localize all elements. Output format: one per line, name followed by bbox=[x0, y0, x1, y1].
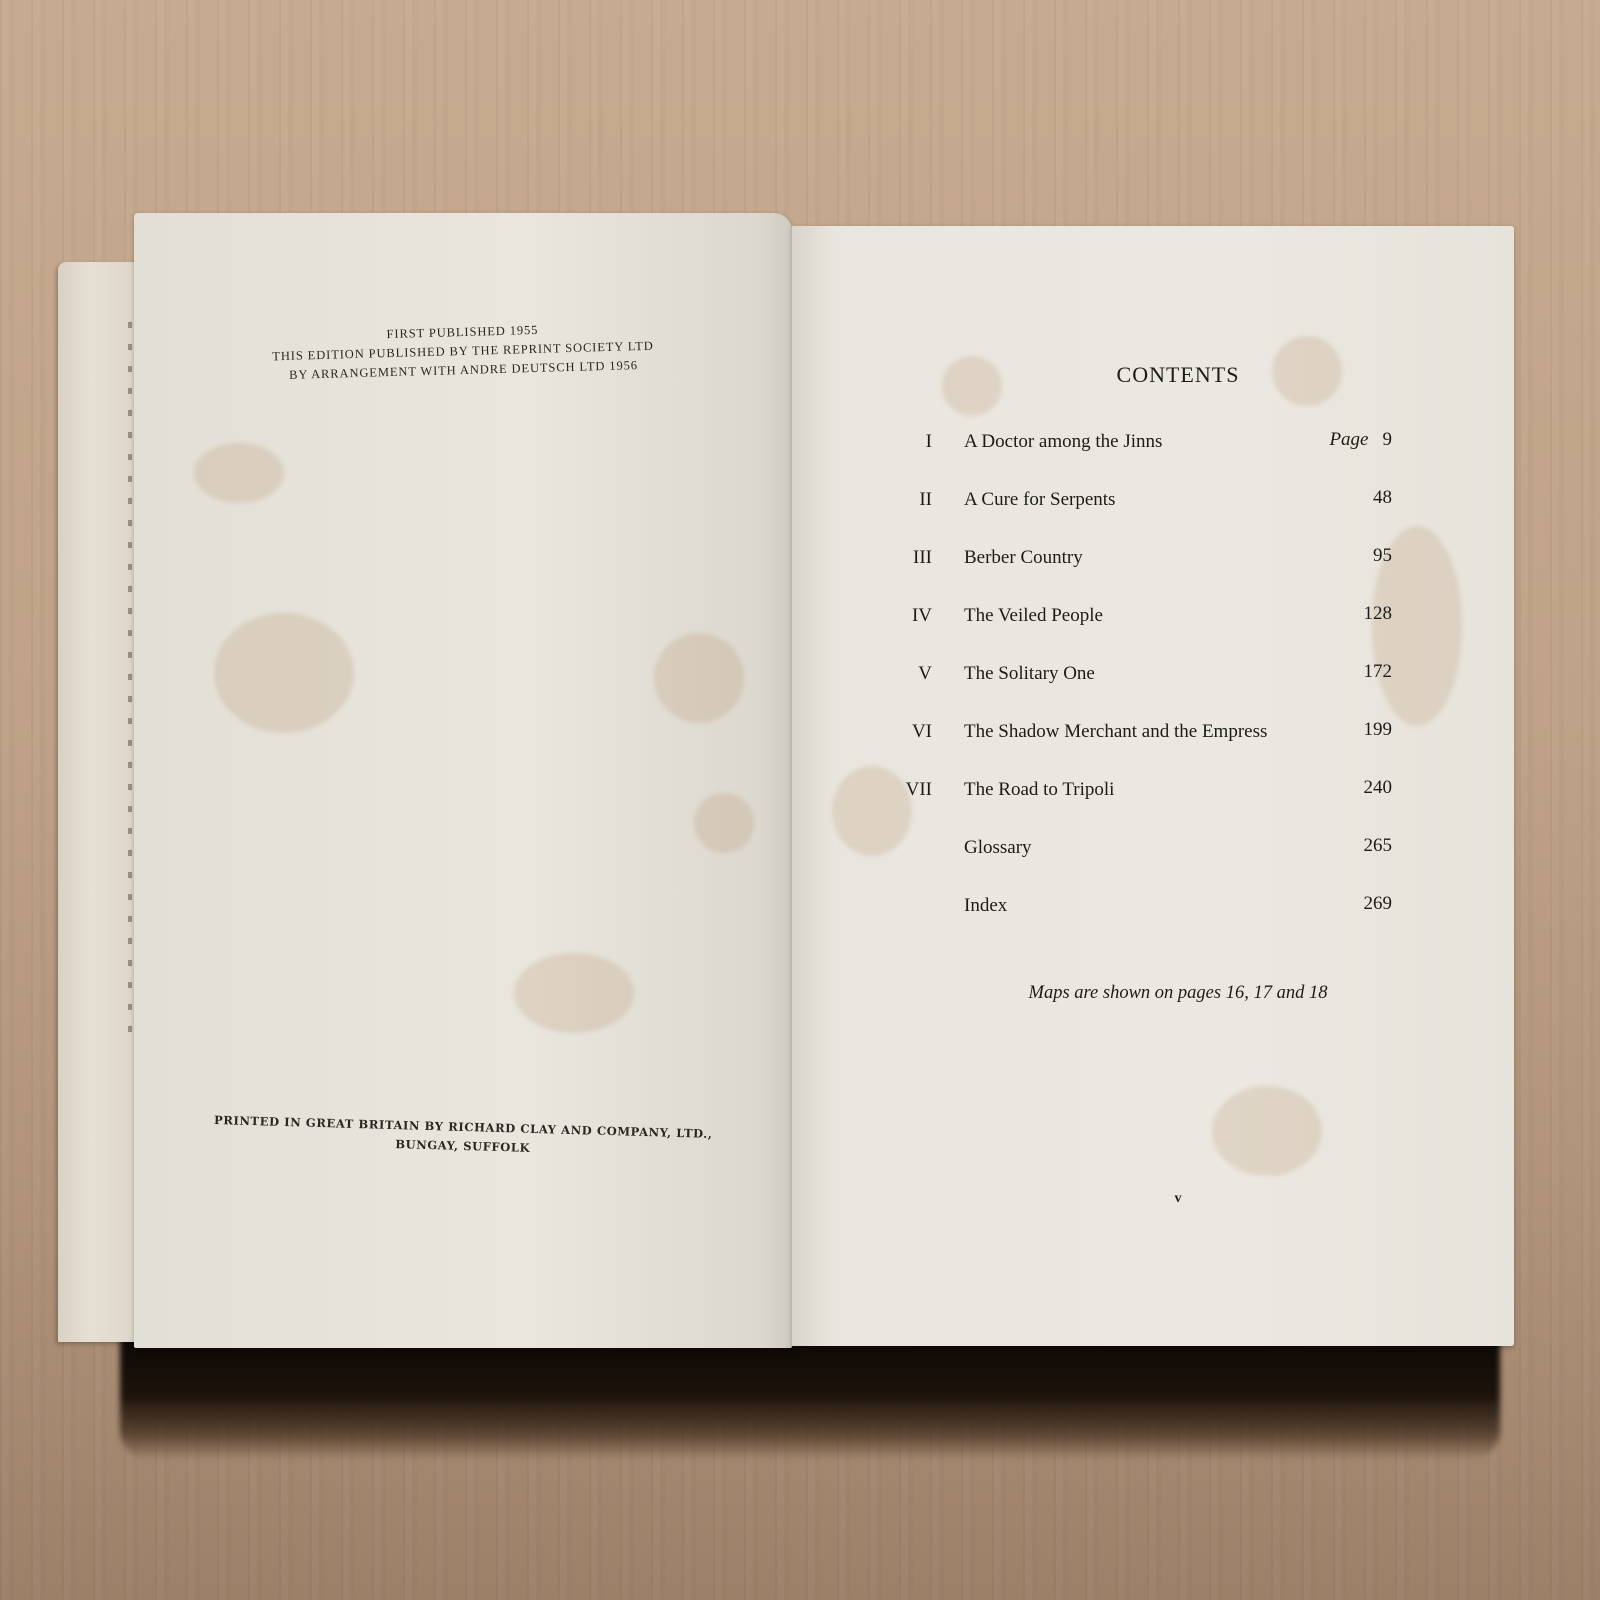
contents-heading: CONTENTS bbox=[792, 362, 1514, 388]
toc-entry: IV The Veiled People 128 bbox=[872, 595, 1392, 653]
chapter-title: The Shadow Merchant and the Empress bbox=[964, 721, 1267, 743]
chapter-title: A Cure for Serpents bbox=[964, 489, 1115, 511]
book-cover-edge bbox=[58, 262, 138, 1342]
page-number: 172 bbox=[1364, 661, 1393, 683]
chapter-number: I bbox=[926, 431, 932, 453]
foxing-stain bbox=[694, 793, 754, 853]
foxing-stain bbox=[654, 633, 744, 723]
chapter-number: II bbox=[919, 489, 932, 511]
chapter-title: Index bbox=[964, 895, 1007, 917]
printer-credit: Printed in Great Britain by Richard Clay… bbox=[134, 1109, 793, 1165]
toc-entry: I A Doctor among the Jinns Page9 bbox=[872, 421, 1392, 479]
page-folio: v bbox=[792, 1191, 1514, 1207]
page-number: 128 bbox=[1364, 603, 1393, 625]
chapter-number: V bbox=[918, 663, 932, 685]
page-number: 48 bbox=[1373, 487, 1392, 509]
chapter-number: III bbox=[913, 547, 932, 569]
chapter-number: VII bbox=[906, 779, 932, 801]
foxing-stain bbox=[1212, 1086, 1322, 1176]
toc-entry: III Berber Country 95 bbox=[872, 537, 1392, 595]
page-number: 9 bbox=[1383, 429, 1393, 450]
toc-entry: II A Cure for Serpents 48 bbox=[872, 479, 1392, 537]
chapter-number: IV bbox=[912, 605, 932, 627]
toc-entry: VI The Shadow Merchant and the Empress 1… bbox=[872, 711, 1392, 769]
page-number: 199 bbox=[1364, 719, 1393, 741]
toc-entry: Index 269 bbox=[872, 885, 1392, 943]
page-label: Page bbox=[1329, 429, 1368, 450]
publication-imprint: First published 1955 This edition publis… bbox=[133, 314, 792, 389]
chapter-number: VI bbox=[912, 721, 932, 743]
foxing-stain bbox=[194, 443, 284, 503]
toc-entry: V The Solitary One 172 bbox=[872, 653, 1392, 711]
page-number: 265 bbox=[1364, 835, 1393, 857]
foxing-stain bbox=[514, 953, 634, 1033]
page-number: 269 bbox=[1364, 893, 1393, 915]
book-shadow bbox=[120, 1330, 1500, 1460]
foxing-stain bbox=[214, 613, 354, 733]
chapter-title: The Solitary One bbox=[964, 663, 1095, 685]
chapter-title: The Veiled People bbox=[964, 605, 1103, 627]
right-page-contents: CONTENTS I A Doctor among the Jinns Page… bbox=[792, 226, 1514, 1346]
table-of-contents: I A Doctor among the Jinns Page9 II A Cu… bbox=[872, 421, 1392, 943]
left-page-imprint: First published 1955 This edition publis… bbox=[134, 213, 792, 1348]
chapter-title: The Road to Tripoli bbox=[964, 779, 1114, 801]
chapter-title: Glossary bbox=[964, 837, 1032, 859]
toc-entry: Glossary 265 bbox=[872, 827, 1392, 885]
chapter-page: Page9 bbox=[1329, 429, 1392, 451]
page-number: 240 bbox=[1364, 777, 1393, 799]
page-number: 95 bbox=[1373, 545, 1392, 567]
toc-entry: VII The Road to Tripoli 240 bbox=[872, 769, 1392, 827]
chapter-title: A Doctor among the Jinns bbox=[964, 431, 1162, 453]
chapter-title: Berber Country bbox=[964, 547, 1083, 569]
maps-note: Maps are shown on pages 16, 17 and 18 bbox=[792, 983, 1514, 1004]
